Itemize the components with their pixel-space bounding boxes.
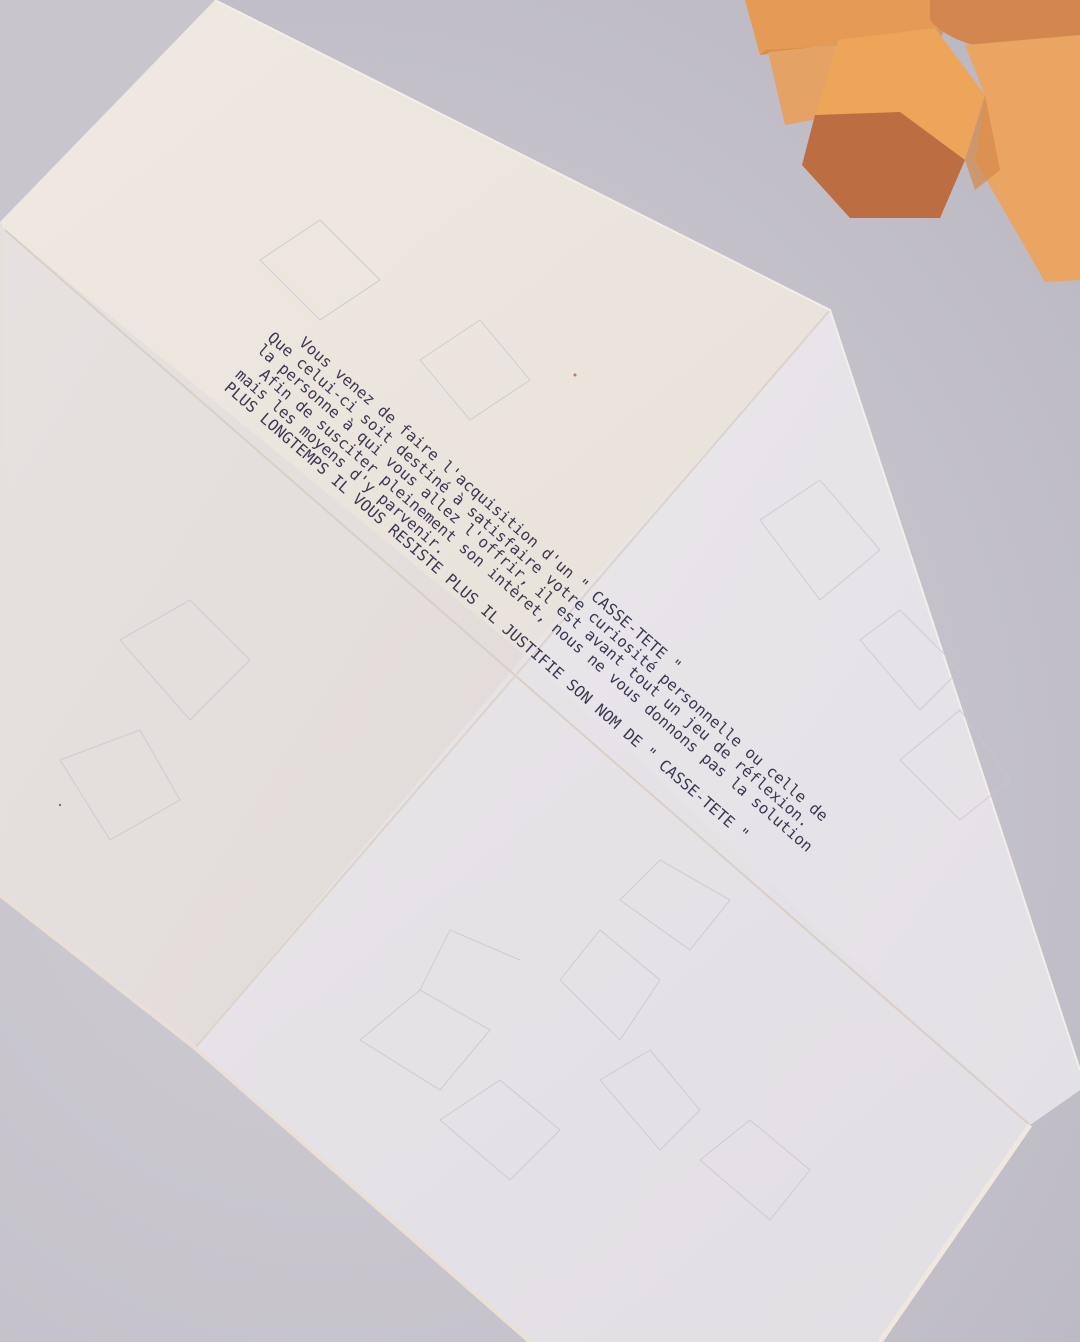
- wooden-puzzle: [0, 0, 1080, 1342]
- photo-scene: Vous venez de faire l'acquisition d'un "…: [0, 0, 1080, 1342]
